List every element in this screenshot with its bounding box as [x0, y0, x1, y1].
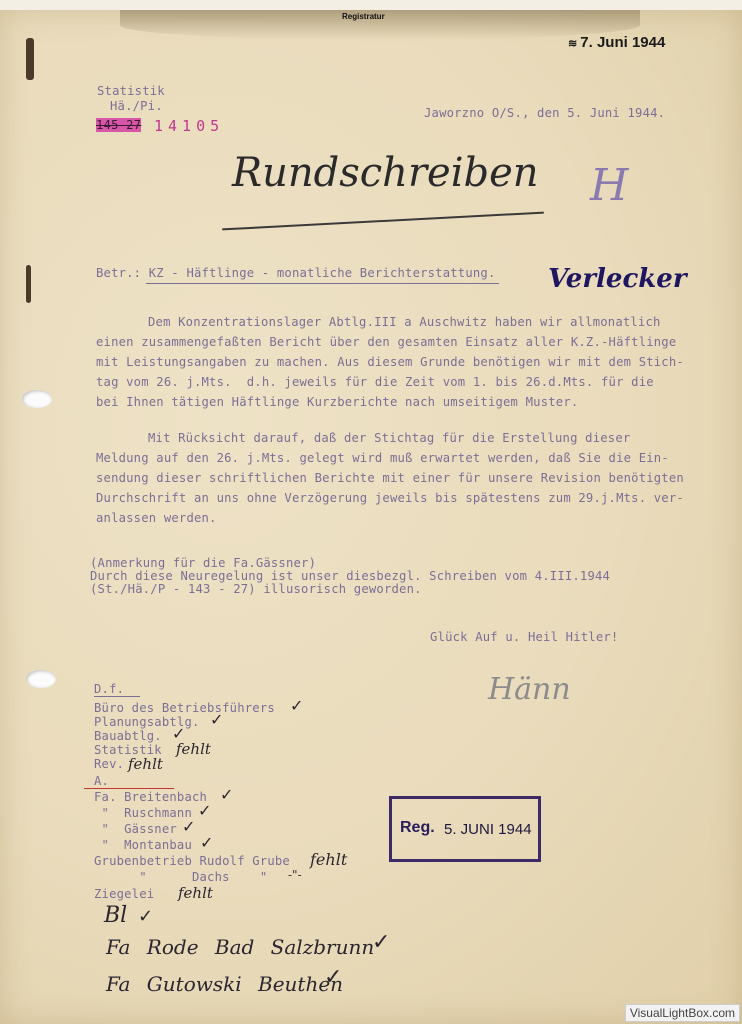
paragraph-line: Dem Konzentrationslager Abtlg.III a Ausc… — [148, 315, 661, 329]
paragraph-line: mit Leistungsangaben zu machen. Aus dies… — [96, 355, 684, 369]
a-item: " Dachs " — [94, 870, 267, 884]
handwritten-fehlt: fehlt — [128, 755, 163, 773]
subject-line: Betr.: KZ - Häftlinge - monatliche Beric… — [96, 266, 496, 280]
a-item: " Montanbau — [94, 838, 192, 852]
red-underline — [84, 788, 174, 789]
df-item: Bauabtlg. — [94, 729, 162, 743]
paragraph-line: einen zusammengefaßten Bericht über den … — [96, 335, 676, 349]
paperclip-mark-top — [26, 38, 34, 80]
handwritten-title: Rundschreiben — [232, 150, 539, 196]
handwritten-ditto: -"- — [288, 868, 302, 882]
punch-hole-lower — [26, 670, 56, 688]
reference-number: 14105 — [154, 117, 224, 135]
a-item: Ziegelei — [94, 887, 154, 901]
signature: Hänn — [488, 672, 571, 707]
note-line: Durch diese Neuregelung ist unser diesbe… — [90, 569, 610, 583]
check-mark-icon: ✓ — [138, 906, 153, 927]
registry-stamp-text: Registratur — [342, 12, 385, 21]
struck-reference: 145-27 — [96, 118, 141, 132]
received-date-text: 7. Juni 1944 — [580, 34, 665, 51]
check-mark-icon: ✓ — [198, 801, 211, 820]
check-mark-icon: ✓ — [182, 817, 195, 836]
df-item: Rev. — [94, 757, 124, 771]
paragraph-line: Mit Rücksicht darauf, daß der Stichtag f… — [148, 431, 630, 445]
document-page: Registratur ≋ 7. Juni 1944 Statistik Hä.… — [0, 10, 742, 1024]
closing: Glück Auf u. Heil Hitler! — [430, 630, 618, 644]
check-mark-icon: ✓ — [210, 710, 223, 729]
registry-stamp: Registratur — [342, 12, 385, 22]
a-label: A. — [94, 774, 109, 788]
a-item: " Gässner — [94, 822, 177, 836]
paragraph-line: Durchschrift an uns ohne Verzögerung jew… — [96, 491, 684, 505]
handwritten-item: Fa Gutowski Beuthen — [106, 972, 343, 996]
title-underline — [222, 212, 544, 231]
received-date-stamp: ≋ 7. Juni 1944 — [568, 34, 665, 51]
a-item: Grubenbetrieb Rudolf Grube — [94, 854, 290, 868]
a-item: Fa. Breitenbach — [94, 790, 207, 804]
note-line: (St./Hä./P - 143 - 27) illusorisch gewor… — [90, 582, 422, 596]
department: Statistik — [97, 84, 165, 98]
paragraph-line: sendung dieser schriftlichen Berichte mi… — [96, 471, 684, 485]
handwritten-item: Fa Rode Bad Salzbrunn — [106, 935, 374, 959]
check-mark-icon: ✓ — [290, 696, 303, 715]
handwritten-fehlt: fehlt — [176, 740, 211, 758]
handwritten-item: Bl — [104, 903, 127, 928]
handwritten-initial: H — [590, 160, 628, 211]
reg-stamp-date: 5. JUNI 1944 — [444, 821, 532, 838]
registration-stamp: Reg. 5. JUNI 1944 — [389, 796, 541, 862]
note-line: (Anmerkung für die Fa.Gässner) — [90, 556, 316, 570]
handwritten-fehlt: fehlt — [178, 884, 213, 902]
df-underline — [94, 696, 140, 697]
check-mark-icon: ✓ — [372, 930, 390, 955]
check-mark-icon: ✓ — [200, 833, 213, 852]
paragraph-line: Meldung auf den 26. j.Mts. gelegt wird m… — [96, 451, 669, 465]
df-label: D.f. — [94, 682, 124, 696]
handwritten-fehlt: fehlt — [310, 850, 347, 869]
paragraph-line: bei Ihnen tätigen Häftlinge Kurzberichte… — [96, 395, 578, 409]
df-item: Büro des Betriebsführers — [94, 701, 275, 715]
handwritten-side-note: Verlecker — [548, 264, 687, 294]
check-mark-icon: ✓ — [324, 965, 342, 990]
paragraph-line: tag vom 26. j.Mts. d.h. jeweils für die … — [96, 375, 654, 389]
paragraph-line: anlassen werden. — [96, 511, 217, 525]
reg-stamp-label: Reg. — [400, 819, 435, 837]
initials: Hä./Pi. — [110, 99, 163, 113]
place-date: Jaworzno O/S., den 5. Juni 1944. — [424, 106, 665, 120]
subject-underline — [146, 283, 499, 284]
a-item: " Ruschmann — [94, 806, 192, 820]
punch-hole-upper — [22, 390, 52, 408]
watermark: VisualLightBox.com — [625, 1004, 740, 1022]
paperclip-mark-mid — [26, 265, 31, 303]
check-mark-icon: ✓ — [220, 785, 233, 804]
